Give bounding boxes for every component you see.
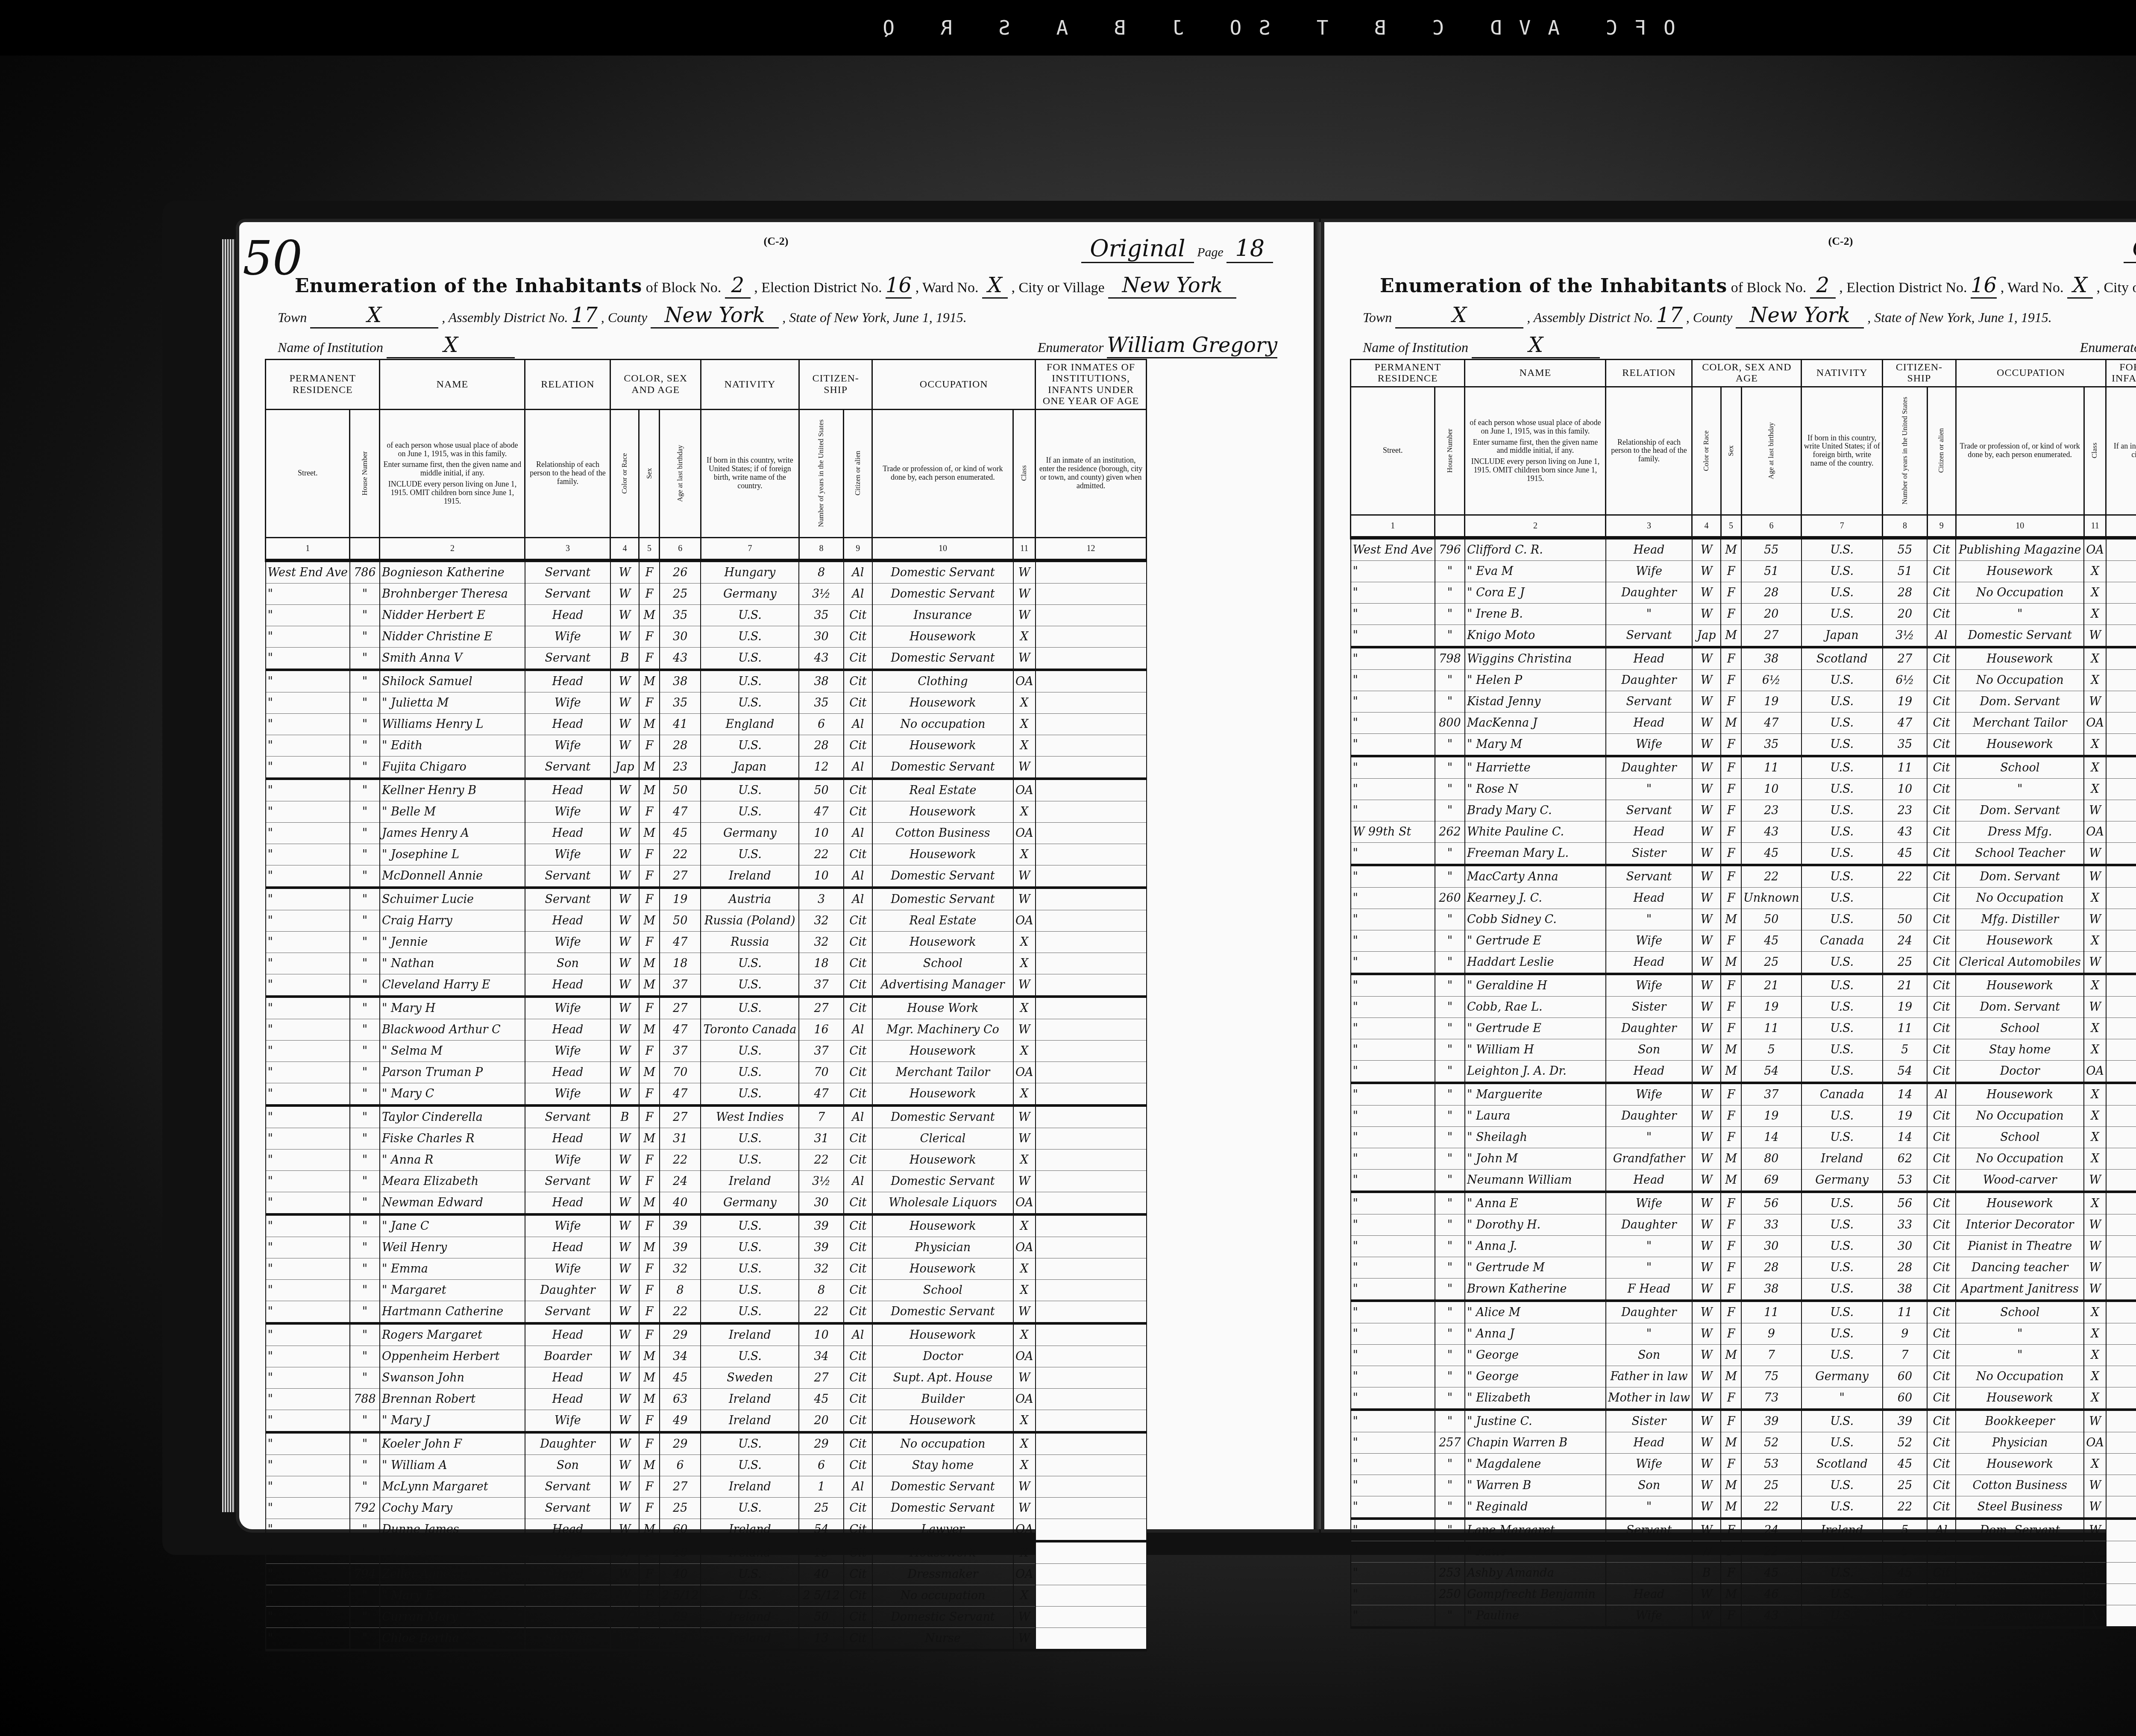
cell-street: " — [1351, 1192, 1435, 1214]
census-row: ""James Henry AHeadWM45Germany10AlCotton… — [266, 822, 1147, 844]
cell-cls: X — [1013, 1149, 1036, 1170]
census-row: """ Justine C.SisterWF39U.S.39CitBookkee… — [1351, 1410, 2136, 1432]
cell-age: 45 — [1741, 930, 1802, 951]
cell-sex: F — [1721, 1541, 1741, 1562]
form-title: Enumeration of the Inhabitants — [295, 275, 642, 297]
cell-occ: Housework — [1956, 930, 2084, 951]
cell-name: Taylor Cinderella — [380, 1106, 525, 1128]
cell-inmates — [1036, 735, 1147, 756]
cell-cls: OA — [1013, 1563, 1036, 1585]
cell-nat: Canada — [1802, 930, 1883, 951]
cell-nat: U.S. — [701, 1279, 799, 1301]
cell-cit: Cit — [1927, 1192, 1956, 1214]
cell-inmates — [1036, 1323, 1147, 1346]
cell-sex: M — [1721, 1432, 1741, 1453]
cell-rel: Wife — [525, 1541, 610, 1564]
cell-cit: Cit — [844, 801, 872, 822]
cell-inmates — [2106, 996, 2136, 1018]
cell-cit: Cit — [844, 1627, 872, 1650]
cell-age: 47 — [660, 1083, 701, 1106]
cell-cit: Cit — [844, 1192, 872, 1214]
cell-street: " — [266, 1170, 350, 1192]
census-row: """ PaulineWifeWF43U.S.43CitHouseworkX — [1351, 1605, 2136, 1627]
cell-nat: U.S. — [1802, 974, 1883, 997]
cell-color: W — [1692, 800, 1721, 821]
cell-yrs: 8 — [799, 560, 843, 584]
cell-house: " — [1435, 1126, 1465, 1148]
census-row: """ EmmaWifeWF32U.S.32CitHouseworkX — [266, 1258, 1147, 1279]
cell-cls: OA — [1013, 779, 1036, 801]
cell-cit: Cit — [844, 1040, 872, 1062]
cell-house: " — [1435, 1192, 1465, 1214]
census-row: """ EdithWifeWF28U.S.28CitHouseworkX — [266, 735, 1147, 756]
cell-rel: Wife — [525, 1083, 610, 1106]
cell-cls: X — [2084, 1126, 2106, 1148]
cell-rel: Boarder — [525, 1346, 610, 1367]
cell-street: " — [266, 844, 350, 865]
subheader-class: Class — [2084, 387, 2106, 515]
cell-name: Williams Henry L — [380, 713, 525, 735]
census-row: """ Katie"WF22"5Al"W — [1351, 1541, 2136, 1562]
cell-rel: Wife — [525, 844, 610, 865]
name-instruction: INCLUDE every person living on June 1, 1… — [382, 480, 522, 505]
cell-nat: U.S. — [1802, 756, 1883, 779]
cell-house: " — [350, 997, 380, 1019]
subheader-sex: Sex — [1721, 387, 1741, 515]
cell-rel: Head — [525, 604, 610, 626]
cell-nat: U.S. — [701, 735, 799, 756]
cell-street: " — [266, 1237, 350, 1258]
cell-sex: F — [1721, 842, 1741, 865]
cell-color: W — [1692, 647, 1721, 670]
cell-sex: F — [1721, 821, 1741, 842]
cell-sex: F — [639, 844, 660, 865]
cell-street: " — [1351, 560, 1435, 582]
cell-nat: Sweden — [701, 1367, 799, 1388]
cell-cit: Cit — [844, 1388, 872, 1410]
cell-house: 788 — [350, 1388, 380, 1410]
cell-cit: Cit — [1927, 1148, 1956, 1169]
cell-occ: Domestic Servant — [872, 865, 1013, 888]
assembly-label: , Assembly District No. — [442, 310, 568, 325]
cell-rel: Head — [525, 1019, 610, 1040]
cell-nat: U.S. — [701, 1563, 799, 1585]
cell-age: 39 — [660, 1237, 701, 1258]
cell-name: Nidder Christine E — [380, 626, 525, 647]
cell-age: 69 — [660, 1606, 701, 1627]
cell-house: " — [350, 1301, 380, 1323]
cell-house: 262 — [1435, 821, 1465, 842]
cell-cls: X — [2084, 1301, 2106, 1323]
cell-yrs: 52 — [1883, 1432, 1927, 1453]
cell-age: 45 — [1741, 1562, 1802, 1584]
cell-house: " — [1435, 1018, 1465, 1039]
cell-occ: Builder — [872, 1388, 1013, 1410]
cell-occ: Housework — [1956, 1387, 2084, 1410]
census-row: """ William HSonWM5U.S.5CitStay homeX — [1351, 1039, 2136, 1060]
cell-sex: F — [639, 647, 660, 670]
cell-cls: W — [2084, 1562, 2106, 1584]
cell-name: " Anna E — [1465, 1192, 1606, 1214]
cell-rel: Daughter — [525, 1585, 610, 1606]
census-row: ""Brady Mary C.ServantWF23U.S.23CitDom. … — [1351, 800, 2136, 821]
cell-cls: W — [2084, 1278, 2106, 1301]
cell-street: " — [266, 822, 350, 844]
column-number: 7 — [1802, 515, 1883, 538]
cell-name: Curran Mary — [380, 1606, 525, 1627]
cell-inmates — [1036, 1367, 1147, 1388]
cell-color: W — [1692, 1301, 1721, 1323]
cell-color: Jap — [610, 756, 639, 779]
cell-inmates — [1036, 604, 1147, 626]
cell-inmates — [2106, 1214, 2136, 1235]
cell-nat: Japan — [701, 756, 799, 779]
cell-sex: M — [1721, 951, 1741, 974]
cell-color: W — [610, 1519, 639, 1541]
cell-name: Gompfrecht Benjamin — [1465, 1584, 1606, 1605]
cell-age: 22 — [660, 1301, 701, 1323]
cell-cls: W — [1013, 1019, 1036, 1040]
cell-street: " — [1351, 625, 1435, 647]
cell-house: " — [350, 1627, 380, 1650]
cell-sex: F — [1721, 1562, 1741, 1584]
cell-cit: Cit — [1927, 733, 1956, 756]
cell-cls: OA — [2084, 1432, 2106, 1453]
column-number: 2 — [1465, 515, 1606, 538]
cell-age: 50 — [660, 779, 701, 801]
cell-sex: F — [1721, 1235, 1741, 1257]
cell-age: 7 — [1741, 1344, 1802, 1366]
cell-sex: F — [639, 692, 660, 713]
cell-name: MacKenna J — [1465, 712, 1606, 733]
cell-cls: X — [1013, 1214, 1036, 1237]
cell-nat: U.S. — [1802, 951, 1883, 974]
cell-cit: Cit — [1927, 842, 1956, 865]
cell-street: " — [1351, 1366, 1435, 1387]
cell-nat: U.S. — [1802, 1257, 1883, 1278]
cell-age: 73 — [1741, 1387, 1802, 1410]
cell-sex: F — [639, 888, 660, 910]
cell-inmates — [1036, 1279, 1147, 1301]
cell-color: W — [1692, 1366, 1721, 1387]
cell-color: W — [610, 844, 639, 865]
cell-name: " Emma — [380, 1258, 525, 1279]
cell-yrs: 22 — [799, 844, 843, 865]
cell-cit: Cit — [1927, 1105, 1956, 1126]
cell-color: W — [1692, 691, 1721, 712]
cell-inmates — [1036, 953, 1147, 974]
cell-street: " — [1351, 733, 1435, 756]
cell-rel: Wife — [525, 626, 610, 647]
cell-house: " — [350, 953, 380, 974]
cell-nat: U.S. — [701, 953, 799, 974]
cell-cit: Cit — [844, 779, 872, 801]
cell-color: W — [1692, 603, 1721, 625]
assembly-district: 17 — [572, 303, 598, 328]
cell-name: Cochy Mary — [380, 1497, 525, 1519]
cell-rel: Daughter — [1606, 582, 1692, 603]
cell-color: W — [610, 1627, 639, 1650]
cell-street: " — [1351, 996, 1435, 1018]
cell-occ: Housework — [872, 1149, 1013, 1170]
cell-yrs: 37 — [799, 1040, 843, 1062]
cell-inmates — [1036, 692, 1147, 713]
cell-cls: W — [2084, 1169, 2106, 1192]
cell-house: " — [1435, 1169, 1465, 1192]
census-row: """ MargaretDaughterWF8U.S.8CitSchoolX — [266, 1279, 1147, 1301]
cell-cls: OA — [1013, 1062, 1036, 1083]
cell-cls: W — [2084, 996, 2106, 1018]
cell-nat: U.S. — [1802, 1192, 1883, 1214]
cell-inmates — [2106, 1105, 2136, 1126]
cell-sex: M — [1721, 1060, 1741, 1083]
cell-sex: M — [639, 756, 660, 779]
cell-cit: Cit — [1927, 1366, 1956, 1387]
census-row: ""Meara ElizabethServantWF24Ireland3½AlD… — [266, 1170, 1147, 1192]
col-header-inmates: For inmates of institutions, infants und… — [1036, 360, 1147, 410]
cell-sex: F — [639, 626, 660, 647]
census-row: ""McDonnell AnnieServantWF27Ireland10AlD… — [266, 865, 1147, 888]
cell-rel: Wife — [525, 1410, 610, 1432]
cell-sex: F — [639, 1410, 660, 1432]
cell-color: W — [610, 1062, 639, 1083]
cell-cls: X — [2084, 1605, 2106, 1627]
cell-color: W — [1692, 1192, 1721, 1214]
name-instruction: Enter surname first, then the given name… — [1467, 438, 1603, 455]
col-header-permanent-residence: Permanent Residence — [1351, 360, 1465, 387]
cell-sex: M — [639, 1367, 660, 1388]
cell-cit: Cit — [1927, 1039, 1956, 1060]
cell-street: " — [1351, 1387, 1435, 1410]
cell-inmates — [2106, 865, 2136, 888]
cell-yrs: 50 — [1883, 909, 1927, 930]
cell-occ: No Occupation — [1956, 582, 2084, 603]
cell-cit: Cit — [844, 1214, 872, 1237]
cell-color: W — [610, 1083, 639, 1106]
census-row: """ HarrietteDaughterWF11U.S.11CitSchool… — [1351, 756, 2136, 779]
cell-nat: Ireland — [701, 1606, 799, 1627]
cell-cit: Cit — [844, 1279, 872, 1301]
cell-cit: Cit — [844, 997, 872, 1019]
census-row: ""Nidder Herbert EHeadWM35U.S.35CitInsur… — [266, 604, 1147, 626]
cell-occ: Domestic Servant — [872, 1106, 1013, 1128]
cell-inmates — [2106, 1323, 2136, 1344]
col-header-color-sex-age: Color, Sex and Age — [1692, 360, 1802, 387]
cell-name: " Jane C — [380, 1214, 525, 1237]
census-row: """ JennieWifeWF47Russia32CitHouseworkX — [266, 931, 1147, 953]
census-row: """ Rose N"WF10U.S.10Cit"X — [1351, 778, 2136, 800]
cell-color: W — [1692, 1323, 1721, 1344]
cell-age: 28 — [1741, 1257, 1802, 1278]
cell-sex: F — [1721, 800, 1741, 821]
cell-cit: Cit — [844, 1497, 872, 1519]
cell-rel: " — [1606, 1235, 1692, 1257]
cell-cit: Cit — [1927, 1060, 1956, 1083]
cell-color: W — [1692, 560, 1721, 582]
cell-nat: U.S. — [701, 997, 799, 1019]
cell-occ: Clothing — [872, 670, 1013, 692]
cell-occ: Dom. Servant — [1956, 996, 2084, 1018]
cell-street: " — [1351, 1519, 1435, 1541]
cell-street: " — [266, 1585, 350, 1606]
cell-age: 19 — [1741, 691, 1802, 712]
cell-cls: W — [2084, 951, 2106, 974]
cell-yrs: 35 — [799, 692, 843, 713]
cell-inmates — [1036, 1432, 1147, 1455]
county-label: , County — [1686, 310, 1732, 325]
cell-nat: West Indies — [701, 1106, 799, 1128]
cell-nat: England — [701, 713, 799, 735]
cell-cit: Al — [844, 1476, 872, 1497]
cell-cit: Cit — [1927, 1387, 1956, 1410]
cell-age: 38 — [1741, 647, 1802, 670]
cell-name: Brohnberger Theresa — [380, 583, 525, 604]
cell-cls: X — [2084, 733, 2106, 756]
cell-name: " Anna J. — [1465, 1235, 1606, 1257]
cell-nat: U.S. — [1802, 669, 1883, 691]
census-row: ""Shilock SamuelHeadWM38U.S.38CitClothin… — [266, 670, 1147, 692]
cell-inmates — [2106, 778, 2136, 800]
cell-cit: Cit — [1927, 1235, 1956, 1257]
cell-house: 260 — [1435, 887, 1465, 909]
cell-age: 60 — [660, 1519, 701, 1541]
cell-rel: Wife — [525, 692, 610, 713]
cell-rel — [1606, 1562, 1692, 1584]
cell-name: Kellner Henry B — [380, 779, 525, 801]
cell-yrs: 30 — [799, 626, 843, 647]
census-row: ""Swanson JohnHeadWM45Sweden27CitSupt. A… — [266, 1367, 1147, 1388]
census-row: "792Cochy MaryServantWF25U.S.25CitDomest… — [266, 1497, 1147, 1519]
cell-yrs: 21 — [1883, 974, 1927, 997]
cell-street: " — [1351, 909, 1435, 930]
cell-inmates — [2106, 1410, 2136, 1432]
cell-name: Smith Anna V — [380, 647, 525, 670]
cell-sex: M — [639, 1192, 660, 1214]
cell-color: W — [610, 1214, 639, 1237]
cell-yrs: 43 — [1883, 821, 1927, 842]
cell-name: " Gertrude M — [1465, 1257, 1606, 1278]
cell-street: " — [1351, 951, 1435, 974]
cell-nat: Toronto Canada — [701, 1019, 799, 1040]
cell-name: " Mary C — [380, 1083, 525, 1106]
cell-cit: Cit — [1927, 560, 1956, 582]
column-number: 6 — [1741, 515, 1802, 538]
cell-cit: Cit — [1927, 582, 1956, 603]
cell-cls: W — [1013, 1301, 1036, 1323]
cell-sex: F — [1721, 669, 1741, 691]
cell-name: " Edith — [380, 735, 525, 756]
cell-inmates — [2106, 1605, 2136, 1627]
cell-nat: U.S. — [701, 1454, 799, 1476]
cell-age: 19 — [660, 1627, 701, 1650]
census-row: ""Parson Truman PHeadWM70U.S.70CitMercha… — [266, 1062, 1147, 1083]
cell-inmates — [1036, 626, 1147, 647]
cell-cit: Al — [844, 822, 872, 844]
cell-color: B — [1692, 1562, 1721, 1584]
cell-age: 18 — [660, 953, 701, 974]
block-label: of Block No. — [646, 280, 722, 296]
cell-age: 47 — [660, 931, 701, 953]
cell-yrs: 27 — [1883, 647, 1927, 670]
cell-inmates — [1036, 779, 1147, 801]
cell-street: W 99th St — [1351, 821, 1435, 842]
cell-rel: Sister — [1606, 1410, 1692, 1432]
cell-cit: Cit — [1927, 603, 1956, 625]
cell-rel: Wife — [525, 1040, 610, 1062]
cell-cls: W — [2084, 1496, 2106, 1519]
census-row: """ Alice MDaughterWF11U.S.11CitSchoolX — [1351, 1301, 2136, 1323]
cell-age: 24 — [1741, 1519, 1802, 1541]
ward-number: X — [982, 273, 1008, 299]
cell-inmates — [2106, 712, 2136, 733]
cell-age: 25 — [660, 583, 701, 604]
cell-sex: F — [1721, 1323, 1741, 1344]
enumerator-name: William Gregory — [1107, 333, 1277, 358]
cell-yrs: 31 — [799, 1128, 843, 1149]
cell-rel: Head — [525, 1062, 610, 1083]
left-page: 50 (C-2) Original Page 18 Enumeration of… — [239, 222, 1316, 1529]
col-header-citizenship: Citizen-ship — [799, 360, 872, 410]
cell-occ: Housework — [872, 1040, 1013, 1062]
cell-inmates — [1036, 801, 1147, 822]
cell-name: Ashby Amanda — [1465, 1562, 1606, 1584]
subheader-house-number: House Number — [1435, 387, 1465, 515]
cell-house: " — [350, 1585, 380, 1606]
cell-sex: F — [1721, 1126, 1741, 1148]
subheader-house-number: House Number — [350, 409, 380, 537]
cell-inmates — [1036, 1149, 1147, 1170]
right-page-header: (C-2) Original Page 18 Enumeration of th… — [1363, 235, 2136, 363]
census-row: ""Kistad JennyServantWF19U.S.19CitDom. S… — [1351, 691, 2136, 712]
cell-street: " — [1351, 669, 1435, 691]
cell-street: West End Ave — [266, 560, 350, 584]
cell-inmates — [2106, 1148, 2136, 1169]
cell-sex: M — [639, 1388, 660, 1410]
cell-nat: Germany — [701, 1192, 799, 1214]
cell-house: " — [350, 1432, 380, 1455]
block-number: 2 — [1810, 273, 1836, 299]
cell-yrs: 23 — [1883, 800, 1927, 821]
cell-nat: U.S. — [1802, 733, 1883, 756]
cell-house: " — [1435, 1083, 1465, 1106]
census-row: ""Fiske Charles RHeadWM31U.S.31CitCleric… — [266, 1128, 1147, 1149]
cell-rel: Head — [525, 1563, 610, 1585]
cell-name: " Irene B. — [1465, 603, 1606, 625]
cell-house: " — [1435, 1475, 1465, 1496]
cell-cls: W — [2084, 909, 2106, 930]
cell-occ: Domestic Servant — [872, 1497, 1013, 1519]
cell-age: 20 — [1741, 603, 1802, 625]
cell-street: " — [266, 953, 350, 974]
cell-house: 794 — [350, 1563, 380, 1585]
cell-rel: Head — [525, 1367, 610, 1388]
cell-cit: Cit — [844, 1128, 872, 1149]
cell-name: Freeman Mary L. — [1465, 842, 1606, 865]
cell-inmates — [1036, 822, 1147, 844]
cell-inmates — [2106, 800, 2136, 821]
cell-occ: Domestic Servant — [872, 756, 1013, 779]
cell-yrs: 47 — [799, 801, 843, 822]
cell-color: W — [610, 779, 639, 801]
cell-age: 37 — [660, 974, 701, 997]
cell-cit: Cit — [1927, 1257, 1956, 1278]
cell-house: " — [350, 779, 380, 801]
cell-nat: U.S. — [1802, 1214, 1883, 1235]
cell-inmates — [1036, 583, 1147, 604]
cell-house: " — [1435, 1039, 1465, 1060]
cell-rel: Son — [1606, 1039, 1692, 1060]
cell-cls: W — [1013, 756, 1036, 779]
